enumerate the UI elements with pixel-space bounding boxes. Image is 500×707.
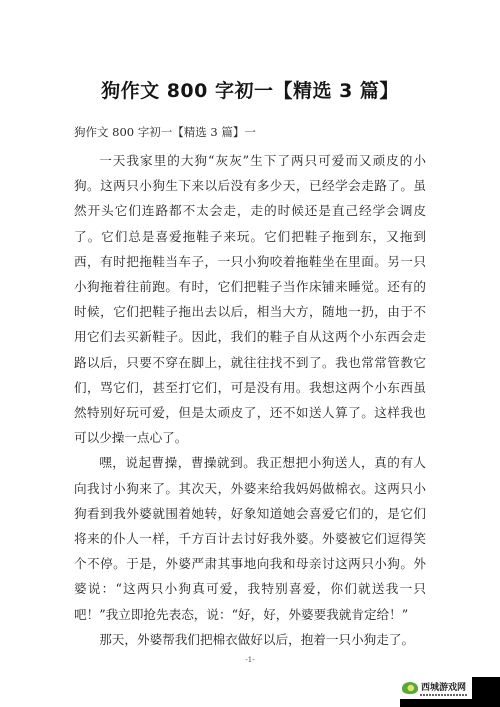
page-title: 狗作文 800 字初一【精选 3 篇】: [0, 76, 500, 103]
document-subtitle: 狗作文 800 字初一【精选 3 篇】一: [74, 124, 256, 140]
document-body: 一天我家里的大狗“灰灰”生下了两只可爱而又顽皮的小狗。这两只小狗生下来以后没有多…: [74, 148, 426, 652]
watermark-text: 西城游戏网: [421, 683, 466, 693]
watermark-badge: 西城游戏网: [400, 677, 472, 699]
watermark-url-strip: [420, 694, 468, 696]
paragraph-1: 一天我家里的大狗“灰灰”生下了两只可爱而又顽皮的小狗。这两只小狗生下来以后没有多…: [74, 148, 426, 450]
page-number: -1-: [0, 656, 500, 664]
paragraph-3: 那天，外婆帮我们把棉衣做好以后，抱着一只小狗走了。: [74, 627, 426, 652]
site-watermark: 西城游戏网: [400, 677, 500, 707]
paragraph-2: 嘿，说起曹操，曹操就到。我正想把小狗送人，真的有人向我讨小狗来了。其次天，外婆来…: [74, 450, 426, 626]
document-page: 狗作文 800 字初一【精选 3 篇】 狗作文 800 字初一【精选 3 篇】一…: [0, 0, 500, 707]
leaf-logo-icon: [402, 682, 418, 694]
